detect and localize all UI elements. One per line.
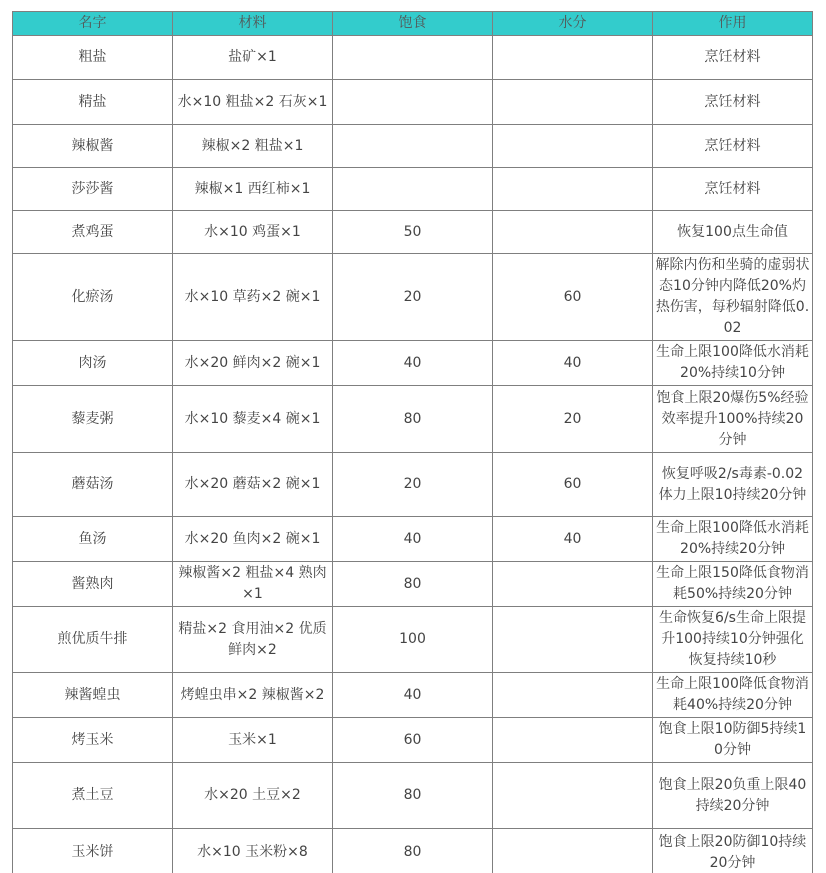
cell-name: 辣椒酱	[13, 125, 173, 168]
cell-name: 煮土豆	[13, 763, 173, 829]
recipe-table: 名字 材料 饱食 水分 作用 粗盐 盐矿×1 烹饪材料 精盐 水×10 粗盐×2…	[12, 11, 813, 873]
cell-effect: 生命上限100降低水消耗20%持续20分钟	[653, 517, 813, 562]
cell-satiety: 80	[333, 829, 493, 873]
cell-name: 鱼汤	[13, 517, 173, 562]
cell-effect: 烹饪材料	[653, 36, 813, 80]
cell-water	[493, 211, 653, 254]
cell-water: 40	[493, 517, 653, 562]
table-row: 肉汤 水×20 鲜肉×2 碗×1 40 40 生命上限100降低水消耗20%持续…	[13, 341, 813, 386]
cell-satiety: 80	[333, 763, 493, 829]
cell-water	[493, 562, 653, 607]
cell-effect: 生命上限100降低水消耗20%持续10分钟	[653, 341, 813, 386]
cell-satiety: 60	[333, 718, 493, 763]
cell-water	[493, 36, 653, 80]
cell-water	[493, 718, 653, 763]
cell-name: 肉汤	[13, 341, 173, 386]
cell-water: 60	[493, 453, 653, 517]
table-row: 酱熟肉 辣椒酱×2 粗盐×4 熟肉×1 80 生命上限150降低食物消耗50%持…	[13, 562, 813, 607]
cell-materials: 水×10 粗盐×2 石灰×1	[173, 80, 333, 125]
cell-satiety: 100	[333, 607, 493, 673]
cell-name: 精盐	[13, 80, 173, 125]
cell-name: 蘑菇汤	[13, 453, 173, 517]
cell-effect: 饱食上限10防御5持续10分钟	[653, 718, 813, 763]
cell-name: 辣酱蝗虫	[13, 673, 173, 718]
cell-water: 60	[493, 254, 653, 341]
cell-materials: 水×20 鲜肉×2 碗×1	[173, 341, 333, 386]
cell-materials: 水×10 藜麦×4 碗×1	[173, 386, 333, 453]
cell-name: 煮鸡蛋	[13, 211, 173, 254]
cell-effect: 烹饪材料	[653, 168, 813, 211]
cell-name: 酱熟肉	[13, 562, 173, 607]
cell-materials: 水×10 玉米粉×8	[173, 829, 333, 873]
cell-water	[493, 673, 653, 718]
cell-materials: 烤蝗虫串×2 辣椒酱×2	[173, 673, 333, 718]
cell-materials: 辣椒×2 粗盐×1	[173, 125, 333, 168]
cell-name: 玉米饼	[13, 829, 173, 873]
table-row: 玉米饼 水×10 玉米粉×8 80 饱食上限20防御10持续20分钟	[13, 829, 813, 873]
cell-satiety: 80	[333, 386, 493, 453]
cell-materials: 精盐×2 食用油×2 优质鲜肉×2	[173, 607, 333, 673]
column-header-water: 水分	[493, 12, 653, 36]
column-header-name: 名字	[13, 12, 173, 36]
cell-satiety: 40	[333, 517, 493, 562]
table-row: 辣椒酱 辣椒×2 粗盐×1 烹饪材料	[13, 125, 813, 168]
cell-water: 20	[493, 386, 653, 453]
cell-water	[493, 829, 653, 873]
table-row: 精盐 水×10 粗盐×2 石灰×1 烹饪材料	[13, 80, 813, 125]
column-header-effect: 作用	[653, 12, 813, 36]
cell-effect: 生命恢复6/s生命上限提升100持续10分钟强化恢复持续10秒	[653, 607, 813, 673]
cell-water	[493, 607, 653, 673]
cell-effect: 烹饪材料	[653, 80, 813, 125]
cell-water	[493, 125, 653, 168]
table-row: 藜麦粥 水×10 藜麦×4 碗×1 80 20 饱食上限20爆伤5%经验效率提升…	[13, 386, 813, 453]
cell-water: 40	[493, 341, 653, 386]
cell-effect: 生命上限150降低食物消耗50%持续20分钟	[653, 562, 813, 607]
table-row: 煮土豆 水×20 土豆×2 80 饱食上限20负重上限40 持续20分钟	[13, 763, 813, 829]
cell-effect: 烹饪材料	[653, 125, 813, 168]
cell-satiety: 80	[333, 562, 493, 607]
cell-effect: 恢复100点生命值	[653, 211, 813, 254]
cell-water	[493, 763, 653, 829]
cell-materials: 玉米×1	[173, 718, 333, 763]
cell-satiety: 40	[333, 341, 493, 386]
cell-effect: 饱食上限20负重上限40 持续20分钟	[653, 763, 813, 829]
cell-effect: 恢复呼吸2/s毒素-0.02体力上限10持续20分钟	[653, 453, 813, 517]
cell-materials: 水×10 草药×2 碗×1	[173, 254, 333, 341]
cell-satiety	[333, 168, 493, 211]
table-row: 化瘀汤 水×10 草药×2 碗×1 20 60 解除内伤和坐骑的虚弱状态10分钟…	[13, 254, 813, 341]
cell-effect: 饱食上限20爆伤5%经验效率提升100%持续20分钟	[653, 386, 813, 453]
table-row: 烤玉米 玉米×1 60 饱食上限10防御5持续10分钟	[13, 718, 813, 763]
cell-satiety: 20	[333, 254, 493, 341]
cell-name: 煎优质牛排	[13, 607, 173, 673]
table-row: 莎莎酱 辣椒×1 西红柿×1 烹饪材料	[13, 168, 813, 211]
cell-satiety	[333, 36, 493, 80]
cell-materials: 盐矿×1	[173, 36, 333, 80]
cell-name: 粗盐	[13, 36, 173, 80]
cell-materials: 水×10 鸡蛋×1	[173, 211, 333, 254]
cell-materials: 水×20 蘑菇×2 碗×1	[173, 453, 333, 517]
column-header-satiety: 饱食	[333, 12, 493, 36]
cell-satiety: 40	[333, 673, 493, 718]
table-row: 辣酱蝗虫 烤蝗虫串×2 辣椒酱×2 40 生命上限100降低食物消耗40%持续2…	[13, 673, 813, 718]
cell-materials: 水×20 鱼肉×2 碗×1	[173, 517, 333, 562]
table-row: 煎优质牛排 精盐×2 食用油×2 优质鲜肉×2 100 生命恢复6/s生命上限提…	[13, 607, 813, 673]
table-row: 粗盐 盐矿×1 烹饪材料	[13, 36, 813, 80]
cell-water	[493, 80, 653, 125]
table-header-row: 名字 材料 饱食 水分 作用	[13, 12, 813, 36]
cell-satiety: 50	[333, 211, 493, 254]
cell-effect: 生命上限100降低食物消耗40%持续20分钟	[653, 673, 813, 718]
cell-name: 化瘀汤	[13, 254, 173, 341]
cell-materials: 辣椒×1 西红柿×1	[173, 168, 333, 211]
cell-name: 烤玉米	[13, 718, 173, 763]
cell-effect: 饱食上限20防御10持续20分钟	[653, 829, 813, 873]
cell-effect: 解除内伤和坐骑的虚弱状态10分钟内降低20%灼热伤害，每秒辐射降低0.02	[653, 254, 813, 341]
cell-name: 莎莎酱	[13, 168, 173, 211]
table-row: 煮鸡蛋 水×10 鸡蛋×1 50 恢复100点生命值	[13, 211, 813, 254]
cell-materials: 辣椒酱×2 粗盐×4 熟肉×1	[173, 562, 333, 607]
table-row: 蘑菇汤 水×20 蘑菇×2 碗×1 20 60 恢复呼吸2/s毒素-0.02体力…	[13, 453, 813, 517]
cell-name: 藜麦粥	[13, 386, 173, 453]
column-header-materials: 材料	[173, 12, 333, 36]
cell-satiety: 20	[333, 453, 493, 517]
cell-water	[493, 168, 653, 211]
cell-satiety	[333, 125, 493, 168]
cell-satiety	[333, 80, 493, 125]
table-row: 鱼汤 水×20 鱼肉×2 碗×1 40 40 生命上限100降低水消耗20%持续…	[13, 517, 813, 562]
cell-materials: 水×20 土豆×2	[173, 763, 333, 829]
